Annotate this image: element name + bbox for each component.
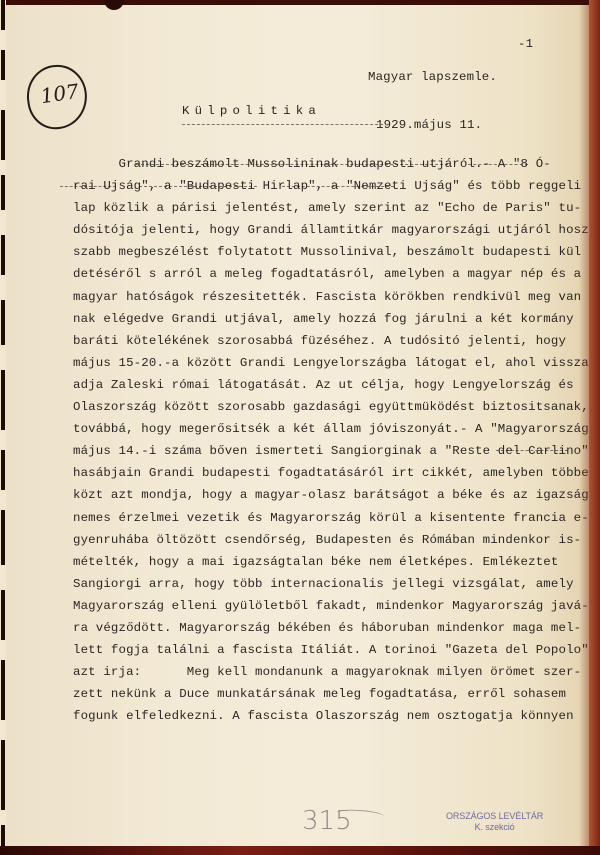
text-line: május 15-20.-a között Grandi Lengyelorsz… (73, 352, 573, 374)
text-line: május 14.-i száma bőven ismerteti Sangio… (73, 440, 573, 462)
text-line: nak elégedve Grandi utjával, amely hozzá… (73, 308, 573, 330)
archive-stamp: ORSZÁGOS LEVÉLTÁR K. szekció (446, 811, 543, 833)
text-line: ra végződött. Magyarország békében és há… (73, 617, 573, 639)
archive-stamp-section: K. szekció (446, 822, 543, 833)
text-line: mételték, hogy a mai igazságtalan béke n… (73, 551, 573, 573)
body-text: Grandi beszámolt Mussolininak budapesti … (73, 153, 573, 727)
text-line: fogunk elfeledkezni. A fascista Olaszors… (73, 705, 573, 727)
page-number: -1 (518, 37, 533, 51)
text-line: szabb megbeszélést folytatott Mussoliniv… (73, 241, 573, 263)
folio-number-circled: 107 (23, 61, 91, 133)
text-line: Grandi beszámolt Mussolininak budapesti … (73, 153, 573, 175)
text-line: zett nekünk a Duce munkatársának meleg f… (73, 683, 573, 705)
header-block: Magyar lapszemle. 1929.május 11. (368, 37, 497, 165)
text-line: gyenruhába öltözött csendőrség, Budapest… (73, 529, 573, 551)
text-line: rai Ujság", a "Budapesti Hirlap", a "Nem… (73, 175, 573, 197)
text-line: lett fogja találni a fascista Itáliát. A… (73, 639, 573, 661)
text-line: adja Zaleski római látogatását. Az ut cé… (73, 374, 573, 396)
text-line: továbbá, hogy megerősitsék a két állam j… (73, 418, 573, 440)
text-line: magyar hatóságok részesitették. Fascista… (73, 286, 573, 308)
text-line: Magyarország elleni gyülöletből fakadt, … (73, 595, 573, 617)
text-line: dósitója jelenti, hogy Grandi államtitká… (73, 219, 573, 241)
folder-edge-right (589, 0, 600, 855)
text-line: azt irja: Meg kell mondanunk a magyarokn… (73, 661, 573, 683)
text-line: Olaszország között szorosabb gazdasági e… (73, 396, 573, 418)
text-line: hasábjain Grandi budapesti fogadtatásáró… (73, 462, 573, 484)
text-line: közt azt mondja, hogy a magyar-olasz bar… (73, 484, 573, 506)
text-line: lap közlik a párisi jelentést, amely sze… (73, 197, 573, 219)
folder-edge-bottom (0, 846, 600, 855)
section-title: Külpolitika (182, 104, 321, 118)
text-line: detéséről s arról a meleg fogadtatásról,… (73, 263, 573, 285)
archive-stamp-name: ORSZÁGOS LEVÉLTÁR (446, 811, 543, 822)
text-line: nemes érzelmei vezetik és Magyarország k… (73, 507, 573, 529)
text-line: baráti kötelékének szorosabbá füzéséhez.… (73, 330, 573, 352)
document-page: Magyar lapszemle. 1929.május 11. -1 107 … (6, 5, 589, 847)
title-underline (182, 124, 388, 128)
publication-name: Magyar lapszemle. (368, 69, 497, 85)
text-line: Sangiorgi arra, hogy több internacionali… (73, 573, 573, 595)
